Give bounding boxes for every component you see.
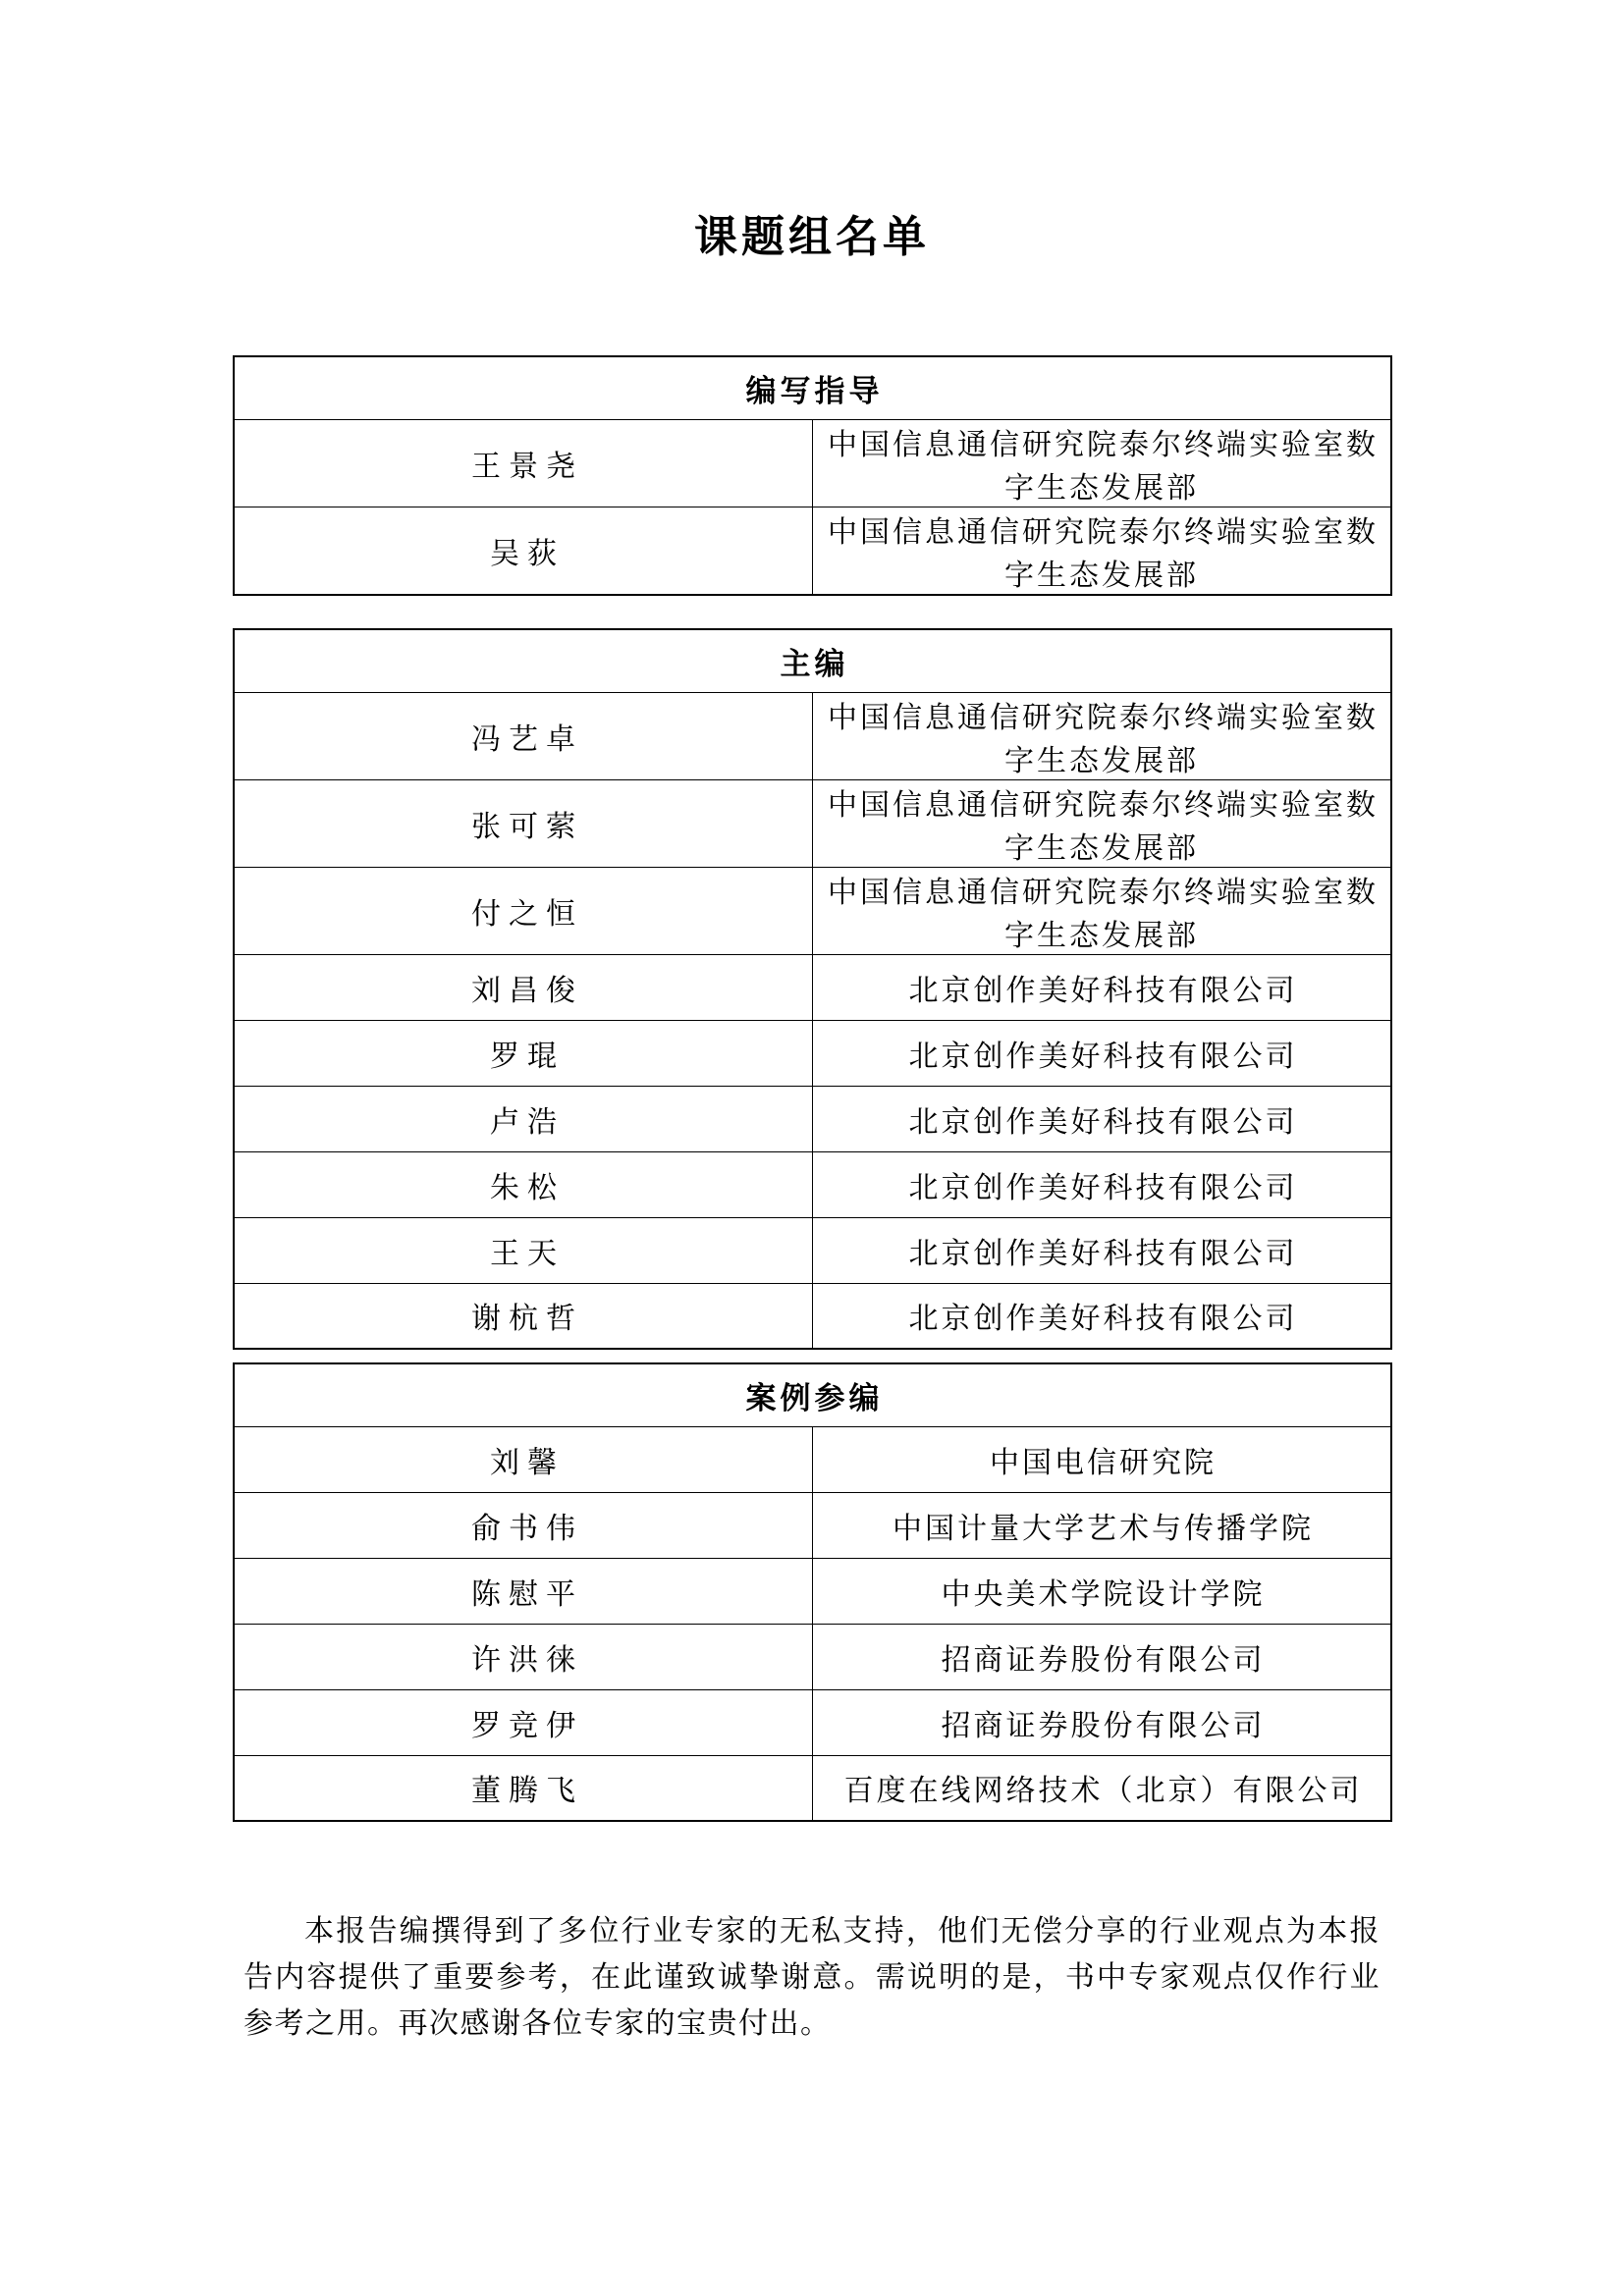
table-header-row: 案例参编 — [234, 1363, 1391, 1426]
member-org-cell: 北京创作美好科技有限公司 — [813, 1217, 1392, 1283]
member-name-cell: 俞书伟 — [234, 1492, 813, 1558]
table-row: 罗竞伊 招商证券股份有限公司 — [234, 1689, 1391, 1755]
roster-table-chief-editors: 主编 冯艺卓 中国信息通信研究院泰尔终端实验室数字生态发展部 张可萦 中国信息通… — [233, 628, 1392, 1350]
table-row: 俞书伟 中国计量大学艺术与传播学院 — [234, 1492, 1391, 1558]
member-name-cell: 刘馨 — [234, 1426, 813, 1492]
member-org-cell: 中国信息通信研究院泰尔终端实验室数字生态发展部 — [813, 779, 1392, 867]
member-org-cell: 北京创作美好科技有限公司 — [813, 1020, 1392, 1086]
member-org-cell: 百度在线网络技术（北京）有限公司 — [813, 1755, 1392, 1821]
member-org-cell: 北京创作美好科技有限公司 — [813, 954, 1392, 1020]
table-row: 朱松 北京创作美好科技有限公司 — [234, 1151, 1391, 1217]
member-name-cell: 陈慰平 — [234, 1558, 813, 1624]
member-name-cell: 罗琨 — [234, 1020, 813, 1086]
member-name-cell: 王景尧 — [234, 419, 813, 507]
member-org-cell: 中国信息通信研究院泰尔终端实验室数字生态发展部 — [813, 692, 1392, 779]
member-org-cell: 北京创作美好科技有限公司 — [813, 1283, 1392, 1349]
member-name-cell: 谢杭哲 — [234, 1283, 813, 1349]
table-row: 许洪徕 招商证券股份有限公司 — [234, 1624, 1391, 1689]
table-row: 谢杭哲 北京创作美好科技有限公司 — [234, 1283, 1391, 1349]
member-org-cell: 中央美术学院设计学院 — [813, 1558, 1392, 1624]
table-row: 吴荻 中国信息通信研究院泰尔终端实验室数字生态发展部 — [234, 507, 1391, 595]
member-name-cell: 冯艺卓 — [234, 692, 813, 779]
member-name-cell: 王天 — [234, 1217, 813, 1283]
member-org-cell: 中国信息通信研究院泰尔终端实验室数字生态发展部 — [813, 419, 1392, 507]
table-group-header: 案例参编 — [234, 1363, 1391, 1426]
member-org-cell: 北京创作美好科技有限公司 — [813, 1151, 1392, 1217]
acknowledgement-paragraph: 本报告编撰得到了多位行业专家的无私支持，他们无偿分享的行业观点为本报告内容提供了… — [244, 1908, 1380, 2047]
roster-table-case-contributors: 案例参编 刘馨 中国电信研究院 俞书伟 中国计量大学艺术与传播学院 陈慰平 中央… — [233, 1362, 1392, 1822]
table-row: 王天 北京创作美好科技有限公司 — [234, 1217, 1391, 1283]
roster-table-writing-guidance: 编写指导 王景尧 中国信息通信研究院泰尔终端实验室数字生态发展部 吴荻 中国信息… — [233, 355, 1392, 596]
member-name-cell: 吴荻 — [234, 507, 813, 595]
table-row: 陈慰平 中央美术学院设计学院 — [234, 1558, 1391, 1624]
member-org-cell: 中国信息通信研究院泰尔终端实验室数字生态发展部 — [813, 867, 1392, 954]
member-name-cell: 付之恒 — [234, 867, 813, 954]
table-row: 王景尧 中国信息通信研究院泰尔终端实验室数字生态发展部 — [234, 419, 1391, 507]
table-row: 冯艺卓 中国信息通信研究院泰尔终端实验室数字生态发展部 — [234, 692, 1391, 779]
member-name-cell: 董腾飞 — [234, 1755, 813, 1821]
document-page: 课题组名单 编写指导 王景尧 中国信息通信研究院泰尔终端实验室数字生态发展部 吴… — [0, 0, 1624, 2296]
member-org-cell: 北京创作美好科技有限公司 — [813, 1086, 1392, 1151]
member-name-cell: 张可萦 — [234, 779, 813, 867]
member-org-cell: 招商证券股份有限公司 — [813, 1689, 1392, 1755]
member-org-cell: 中国信息通信研究院泰尔终端实验室数字生态发展部 — [813, 507, 1392, 595]
table-row: 刘昌俊 北京创作美好科技有限公司 — [234, 954, 1391, 1020]
member-name-cell: 罗竞伊 — [234, 1689, 813, 1755]
table-row: 卢浩 北京创作美好科技有限公司 — [234, 1086, 1391, 1151]
table-row: 刘馨 中国电信研究院 — [234, 1426, 1391, 1492]
member-name-cell: 卢浩 — [234, 1086, 813, 1151]
member-org-cell: 招商证券股份有限公司 — [813, 1624, 1392, 1689]
member-name-cell: 朱松 — [234, 1151, 813, 1217]
member-name-cell: 许洪徕 — [234, 1624, 813, 1689]
table-row: 张可萦 中国信息通信研究院泰尔终端实验室数字生态发展部 — [234, 779, 1391, 867]
member-org-cell: 中国计量大学艺术与传播学院 — [813, 1492, 1392, 1558]
table-row: 董腾飞 百度在线网络技术（北京）有限公司 — [234, 1755, 1391, 1821]
member-name-cell: 刘昌俊 — [234, 954, 813, 1020]
member-org-cell: 中国电信研究院 — [813, 1426, 1392, 1492]
page-title: 课题组名单 — [0, 213, 1624, 262]
table-header-row: 主编 — [234, 629, 1391, 692]
table-group-header: 编写指导 — [234, 356, 1391, 419]
table-row: 罗琨 北京创作美好科技有限公司 — [234, 1020, 1391, 1086]
table-row: 付之恒 中国信息通信研究院泰尔终端实验室数字生态发展部 — [234, 867, 1391, 954]
table-header-row: 编写指导 — [234, 356, 1391, 419]
table-group-header: 主编 — [234, 629, 1391, 692]
